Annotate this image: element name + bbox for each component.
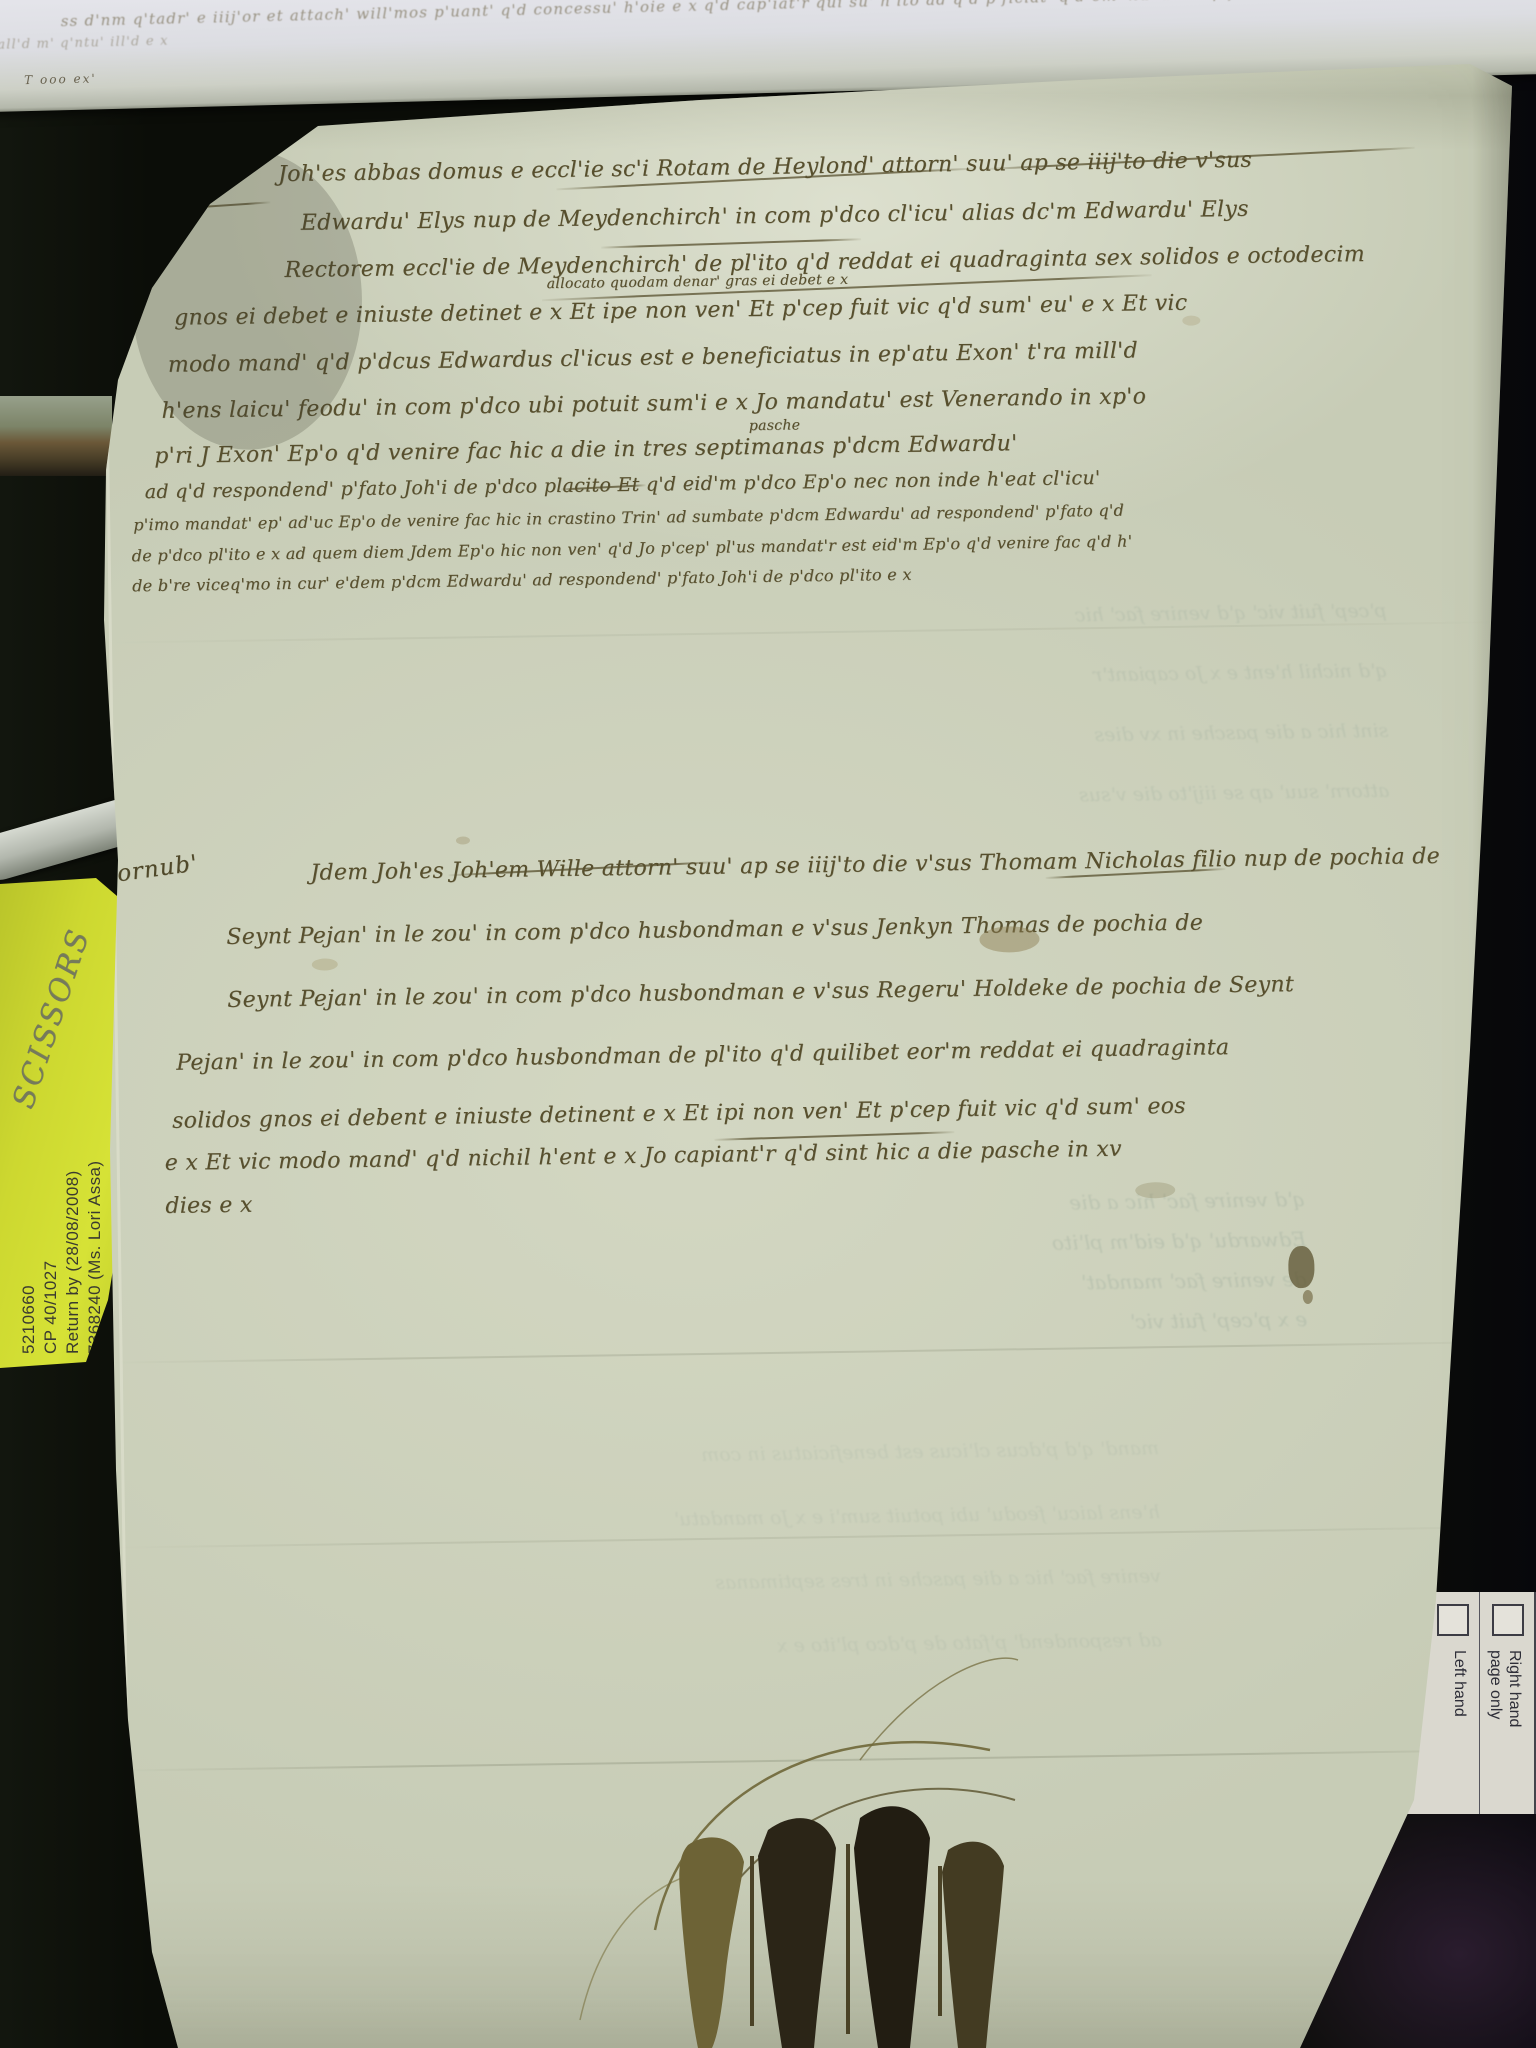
manuscript-photo-scene: ss d'nm q'tadr' e iiij'or et attach' wil…: [0, 0, 1536, 2048]
manuscript-line: Joh'es abbas domus e eccl'ie sc'i Rotam …: [278, 148, 1252, 187]
page-label-row: Right handpage only: [1480, 1592, 1534, 1814]
manuscript-line: Seynt Pejan' in le zou' in com p'dco hus…: [227, 972, 1294, 1013]
table-edge-band: [0, 396, 112, 476]
page-label-text-line: Right hand: [1505, 1650, 1524, 1727]
ink-showthrough-block: q'd venire fac' hic a dieEdwardu' q'd ei…: [875, 1179, 1307, 1345]
manuscript-line: p'imo mandat' ep' ad'uc Ep'o de venire f…: [133, 501, 1124, 535]
showthrough-line: q'd venire fac' hic a die: [875, 1179, 1306, 1225]
sticky-printed-line: CP 40/1027: [40, 1054, 62, 1354]
showthrough-line: p'cep' fuit vic' q'd venire fac' hic: [626, 581, 1387, 652]
upper-membrane-script-line: ss d'nm q'tadr' e iiij'or et attach' wil…: [61, 0, 1257, 30]
parchment-stain: [456, 836, 470, 844]
showthrough-line: Edwardu' q'd eid'm pl'ito: [876, 1219, 1307, 1265]
manuscript-line: Pejan' in le zou' in com p'dco husbondma…: [176, 1035, 1229, 1076]
showthrough-line: e x p'cep' fuit vic': [877, 1299, 1308, 1345]
seal-tail-ink-strokes: [560, 1500, 1020, 2048]
sticky-printed-reference: 5210660CP 40/1027Return by (28/08/2008)7…: [18, 1054, 106, 1354]
showthrough-line: de venire fac' mandat': [876, 1259, 1307, 1305]
page-label-text-line: page only: [1486, 1650, 1505, 1727]
parchment-stain: [979, 926, 1039, 953]
manuscript-line: solidos gnos ei debent e iniuste detinen…: [172, 1094, 1186, 1134]
manuscript-line: Seynt Pejan' in le zou' in com p'dco hus…: [226, 911, 1203, 950]
parchment-stain: [1288, 1246, 1315, 1288]
page-label-row: Left hand: [1431, 1592, 1480, 1814]
page-label-text: Right handpage only: [1486, 1650, 1524, 1727]
manuscript-line: Jdem Joh'es Joh'em Wille attorn' suu' ap…: [310, 844, 1440, 886]
left-hand-checkbox: [1437, 1604, 1469, 1636]
manuscript-line: pasche: [749, 417, 801, 434]
sticky-printed-line: Return by (28/08/2008): [62, 1054, 84, 1354]
membrane-foot-note: T ooo ex': [24, 71, 97, 87]
showthrough-line: sint hic a die pasche in xv dies: [628, 701, 1389, 772]
right-hand-checkbox: [1492, 1604, 1524, 1636]
showthrough-line: q'd nichil h'ent e x Jo capiant'r: [627, 641, 1388, 712]
manuscript-line: e x Et vic modo mand' q'd nichil h'ent e…: [165, 1137, 1122, 1176]
page-label-text: Left hand: [1450, 1650, 1469, 1717]
parchment-stain: [1182, 315, 1200, 325]
parchment-stain: [312, 958, 338, 970]
manuscript-line: Edwardu' Elys nup de Meydenchirch' in co…: [301, 197, 1249, 236]
manuscript-line: de p'dco pl'ito e x ad quem diem Jdem Ep…: [132, 532, 1133, 566]
sticky-printed-line: 5210660: [18, 1054, 40, 1354]
page-flag-rows: Right handpage onlyLeft hand: [1431, 1592, 1534, 1814]
showthrough-line: attorn' suu' ap se iiij'to die v'sus: [629, 761, 1390, 832]
parchment-stain: [1303, 1290, 1313, 1304]
sticky-printed-line: 7368240 (Ms. Lori Assa): [84, 1054, 106, 1354]
manuscript-line: dies e x: [165, 1193, 253, 1219]
pen-flourish-stroke: [601, 238, 861, 248]
parchment-crease: [108, 1341, 1528, 1364]
page-label-text-line: Left hand: [1450, 1650, 1469, 1717]
ink-showthrough-block: p'cep' fuit vic' q'd venire fac' hicq'd …: [626, 581, 1389, 832]
upper-membrane-script-left: all'd m' q'ntu' ill'd e x: [0, 34, 169, 53]
